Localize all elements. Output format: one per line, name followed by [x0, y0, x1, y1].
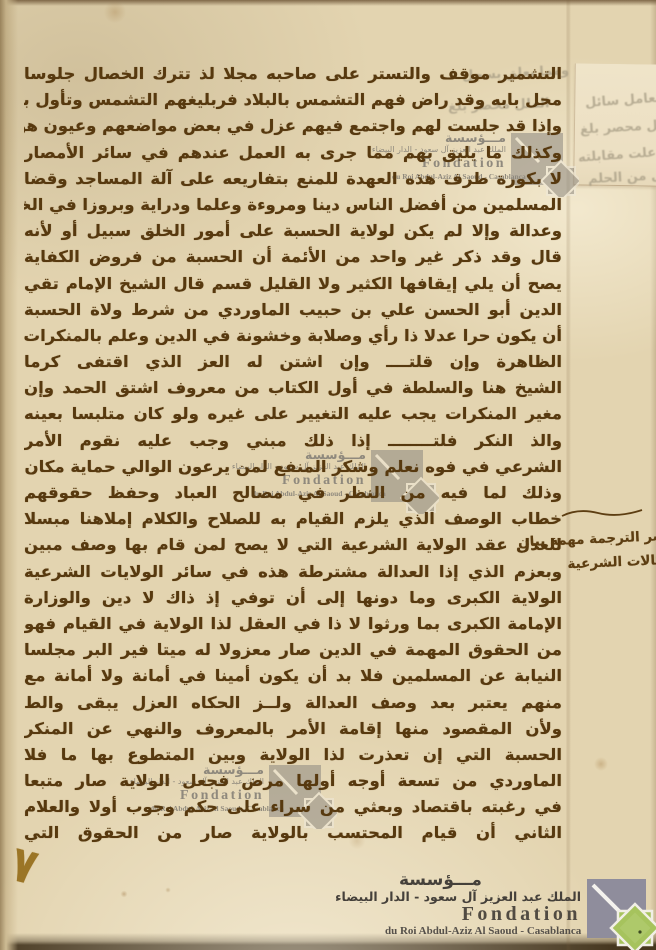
- manuscript-line: خطاب الوصف الذي يلزم القيام به للصلاح وا…: [24, 507, 562, 532]
- foundation-name-arabic: مـــؤسسة: [385, 871, 581, 889]
- manuscript-line: ولأن المقصود منها إقامة الأمر بالمعروف و…: [24, 716, 562, 741]
- manuscript-line: منهم يعتبر بعد وصف العدالة ولــز الحكاه …: [24, 690, 562, 715]
- manuscript-line: وكذلك ما يليق بهم مما جرى به العمل عندهم…: [24, 140, 562, 165]
- manuscript-line: وبعزم الذي إذا العدالة مشترطة هذه في سائ…: [24, 559, 562, 584]
- margin-note-flourish: [560, 506, 644, 520]
- manuscript-text-block: التشمير موقف والتستر على صاحبه مجلا لذ ت…: [24, 61, 562, 847]
- manuscript-line: والذ النكر فلتــــــــ إذا ذلك مبني وجب …: [24, 428, 562, 453]
- manuscript-line: النيابة عن المسلمين فلا بد أن يكون أمينا…: [24, 664, 562, 689]
- manuscript-line: مغير المنكرات يجب عليه التغيير على غيره …: [24, 402, 562, 427]
- manuscript-line: وإذا قد جلست لهم واجتمع فيهم عزل في بعض …: [24, 114, 562, 139]
- foundation-stamp-text: مـــؤسسة الملك عبد العزيز آل سعود - الدا…: [385, 871, 581, 938]
- manuscript-line: محل بابه وقد راض فهم التشمس بالبلاد فربل…: [24, 88, 562, 113]
- manuscript-line: من الحقوق المهمة في الدين صار معزولا له …: [24, 638, 562, 663]
- manuscript-line: الثاني أن قيام المحتسب بالولاية صار من ا…: [24, 821, 562, 846]
- manuscript-line: الماوردي من تسعة أوجه أولها مرض فجعل الو…: [24, 768, 562, 793]
- manuscript-line: الحسبة التي إن تعذرت لذا الولاية وبين ال…: [24, 742, 562, 767]
- manuscript-line: الشيخ هنا والسلطة في أول الكتاب من معروف…: [24, 376, 562, 401]
- manuscript-line: للعدل عقد الولاية الشرعية التي لا يصح لم…: [24, 533, 562, 558]
- foundation-name-arabic-full: الملك عبد العزيز آل سعود - الدار البيضاء: [385, 889, 581, 904]
- foundation-stamp: مـــؤسسة الملك عبد العزيز آل سعود - الدا…: [385, 871, 656, 950]
- manuscript-line: أن يكون حرا عدلا ذا رأي وصلابة وخشونة في…: [24, 323, 562, 348]
- manuscript-line: الإمامة الكبرى بما ورثوا لا ذا في العقل …: [24, 611, 562, 636]
- manuscript-page: ومما يعلق بسجل الملل محضر بلغ وتعامل سائ…: [0, 0, 656, 950]
- catchword-numeral: ٧: [6, 839, 42, 893]
- manuscript-line: الولاية الكبرى وما دونها إلى أن توفي إذ …: [24, 585, 562, 610]
- foundation-logo-icon: [587, 871, 656, 950]
- foundation-name-french: Fondation: [385, 904, 581, 925]
- margin-note: احصر الترجمة مهمة بيان الوكالات الشرعية: [515, 523, 656, 578]
- foundation-name-french-full: du Roi Abdul-Aziz Al Saoud - Casablanca: [385, 925, 581, 938]
- manuscript-line: المسلمين من أفضل الناس دينا ومروءة وعلما…: [24, 192, 562, 217]
- manuscript-line: الشرعي في فوه نعلم وشكر المنفع لمن يرعون…: [24, 454, 562, 479]
- manuscript-line: وعدالة وإلا لم يكن لولاية الحسبة على أمو…: [24, 219, 562, 244]
- manuscript-line: وذلك لما فيه من النظر في مصالح العباد وح…: [24, 480, 562, 505]
- manuscript-line: لا بكورة طرف هذه العهدة للمنع بتفاريعه ع…: [24, 166, 562, 191]
- manuscript-line: الدين أبو الحسن علي بن حبيب الماوردي من …: [24, 297, 562, 322]
- manuscript-line: قال وقد ذكر غير واحد من الأئمة أن الحسبة…: [24, 245, 562, 270]
- manuscript-line: يصح أن يلي إيقافها الكثير ولا القليل قسم…: [24, 271, 562, 296]
- manuscript-line: في رغبته باقتصاد وبعثي من سراء على حكم و…: [24, 795, 562, 820]
- manuscript-line: الظاهرة وإن قلتــــ وإن اشتن له العز الذ…: [24, 349, 562, 374]
- manuscript-line: التشمير موقف والتستر على صاحبه مجلا لذ ت…: [24, 61, 562, 86]
